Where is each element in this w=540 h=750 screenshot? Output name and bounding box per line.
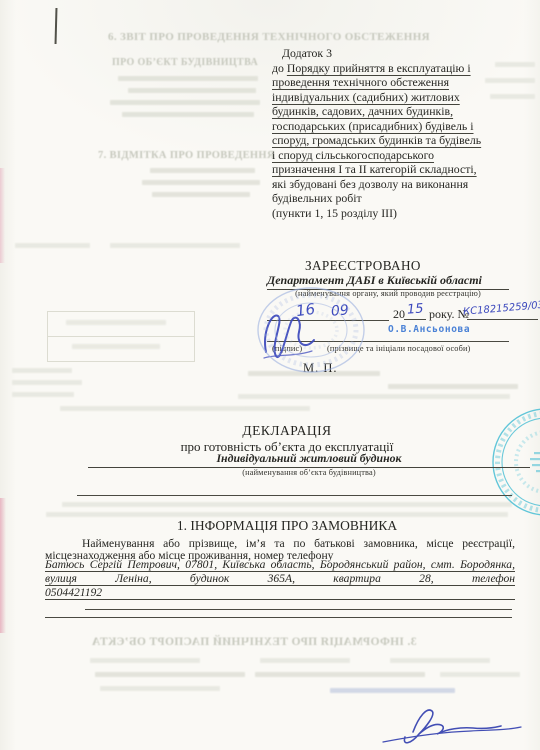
bleedthrough-artifact xyxy=(152,192,250,197)
scan-edge-artifact xyxy=(0,498,6,633)
annex-line-underlined: Порядку прийняття в експлуатацію і xyxy=(287,61,471,75)
bleedthrough-artifact xyxy=(260,658,350,663)
annex-line: індивідуальних (садибних) житлових xyxy=(272,90,481,105)
bleedthrough-artifact xyxy=(12,380,82,385)
bleedthrough-artifact xyxy=(60,406,310,411)
customer-info-line2: вулиця Леніна, будинок 365А, квартира 28… xyxy=(45,572,515,586)
annex-line: призначення І та ІІ категорій складності… xyxy=(272,162,481,177)
bleedthrough-artifact xyxy=(12,368,72,373)
object-name-field: Індивідуальний житловий будинок xyxy=(88,451,530,468)
registered-stamp-title: ЗАРЕЄСТРОВАНО xyxy=(305,258,421,274)
annex-line: споруд, громадських будинків та будівель xyxy=(272,133,481,148)
section1-heading: 1. ІНФОРМАЦІЯ ПРО ЗАМОВНИКА xyxy=(37,518,537,534)
bleedthrough-artifact xyxy=(440,672,520,677)
annex-line: (пункти 1, 15 розділу ІІІ) xyxy=(272,206,481,221)
blank-line xyxy=(45,617,512,618)
annex-reference-block: Додаток 3 до Порядку прийняття в експлуа… xyxy=(272,46,481,221)
bleedthrough-heading-mirrored: 3. ІНФОРМАЦІЯ ПРО ТЕХНІЧНИЙ ПАСПОРТ ОБ’Є… xyxy=(88,636,420,648)
bleedthrough-artifact xyxy=(100,686,220,691)
blank-line xyxy=(85,609,512,610)
bleedthrough-artifact xyxy=(15,243,90,248)
year-blank-line xyxy=(404,319,426,320)
annex-line: будинків, садових, дачних будинків, xyxy=(272,104,481,119)
bleedthrough-artifact xyxy=(495,62,535,67)
bleedthrough-artifact xyxy=(95,672,245,677)
bleedthrough-artifact xyxy=(150,168,255,173)
customer-signature xyxy=(375,702,530,748)
annex-line: господарських (присадибних) будівель і xyxy=(272,119,481,134)
bleedthrough-artifact xyxy=(485,78,535,83)
scanner-streak-artifact xyxy=(54,8,57,44)
blank-line xyxy=(77,495,512,496)
bleedthrough-artifact xyxy=(330,688,455,693)
scan-edge-artifact xyxy=(0,168,5,263)
scanned-declaration-page: 6. ЗВІТ ПРО ПРОВЕДЕННЯ ТЕХНІЧНОГО ОБСТЕЖ… xyxy=(0,0,540,750)
number-blank-line xyxy=(467,319,538,320)
bleedthrough-artifact xyxy=(255,672,425,677)
annex-line: і споруд сільськогосподарського xyxy=(272,148,481,163)
object-name-hint: (найменування об’єкта будівництва) xyxy=(88,468,530,477)
bleedthrough-fragment: ПРО ОБ’ЄКТ БУДІВНИЦТВА xyxy=(112,57,258,68)
declaration-title: ДЕКЛАРАЦІЯ xyxy=(37,423,537,439)
bleedthrough-artifact xyxy=(110,243,240,248)
bleedthrough-artifact xyxy=(490,94,535,99)
handwritten-year: 15 xyxy=(406,301,424,317)
bleedthrough-table-artifact xyxy=(47,311,195,362)
bleedthrough-artifact xyxy=(390,658,490,663)
bleedthrough-artifact xyxy=(122,112,254,117)
bleedthrough-artifact xyxy=(142,180,260,185)
bleedthrough-artifact xyxy=(128,88,256,93)
annex-line-prefix: до xyxy=(272,61,287,75)
annex-line: до Порядку прийняття в експлуатацію і xyxy=(272,61,481,76)
bleedthrough-artifact xyxy=(388,384,518,389)
annex-line: будівельних робіт xyxy=(272,191,481,206)
bleedthrough-artifact xyxy=(118,76,258,81)
handwritten-registration-number: КС18215259/030 xyxy=(463,299,540,318)
bleedthrough-fragment: 7. ВІДМІТКА ПРО ПРОВЕДЕННЯ xyxy=(98,150,275,161)
bleedthrough-artifact xyxy=(12,392,74,397)
bleedthrough-artifact xyxy=(62,502,512,507)
annex-title: Додаток 3 xyxy=(272,46,481,61)
bleedthrough-artifact xyxy=(46,512,508,517)
annex-line: які збудовані без дозволу на виконання xyxy=(272,177,481,192)
official-name-stamp: О.В.Ансьонова xyxy=(388,324,470,335)
bleedthrough-heading: 6. ЗВІТ ПРО ПРОВЕДЕННЯ ТЕХНІЧНОГО ОБСТЕЖ… xyxy=(108,31,430,43)
round-seal xyxy=(252,283,372,403)
customer-info-line3: 0504421192 xyxy=(45,586,515,600)
bleedthrough-artifact xyxy=(90,658,200,663)
customer-info-line1: Батюсь Сергій Петрович, 07801, Київська … xyxy=(45,558,515,572)
annex-line: проведення технічного обстеження xyxy=(272,75,481,90)
bleedthrough-artifact xyxy=(110,100,260,105)
